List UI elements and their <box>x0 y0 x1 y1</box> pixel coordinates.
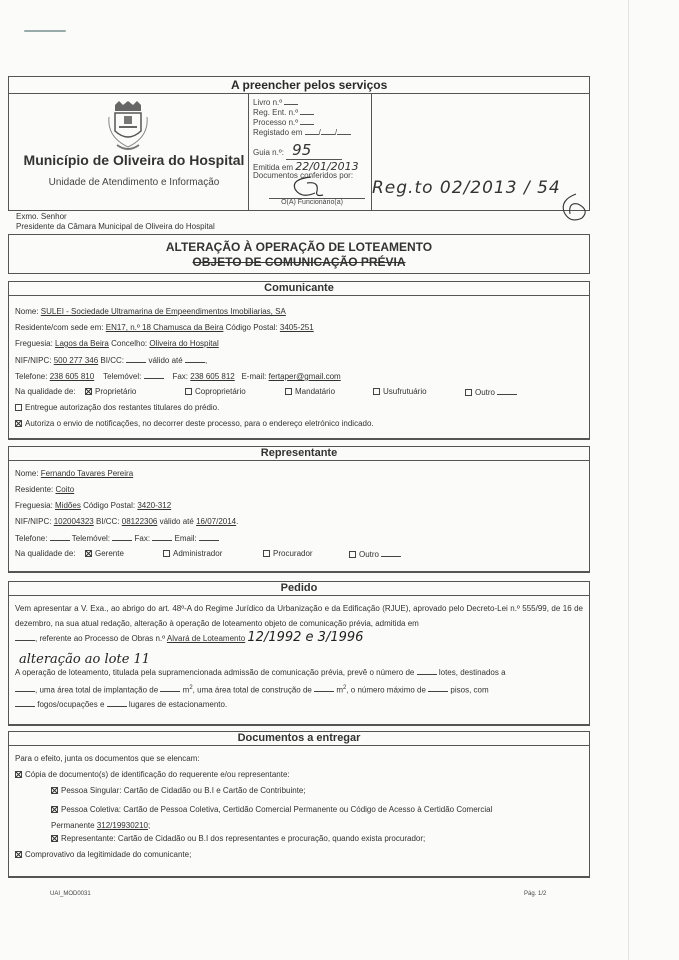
registry-fields: Livro n.º Reg. Ent. n.º Processo n.º Reg… <box>253 97 351 137</box>
registo-stamp: Reg.to 02/2013 / 54 <box>372 178 561 198</box>
checkbox-empty-icon <box>349 551 356 558</box>
checkbox-usufrutuario[interactable]: Usufrutuário <box>373 387 427 396</box>
comunicante-nome-row: Nome: SULEI - Sociedade Ultramarina de E… <box>15 307 286 316</box>
registado-field: Registado em // <box>253 127 351 137</box>
section-title: Documentos a entregar <box>9 732 589 746</box>
representante-freguesia-row: Freguesia: Midões Código Postal: 3420-31… <box>15 501 171 510</box>
checkbox-autoriza-notificacoes[interactable]: Autoriza o envio de notificações, no dec… <box>15 419 374 428</box>
scan-artifact <box>24 30 66 32</box>
checkbox-empty-icon <box>285 388 292 395</box>
page-number: Pág. 1/2 <box>524 891 546 897</box>
handwritten-note: alteração ao lote 11 <box>19 652 150 667</box>
representante-contact-row: Telefone: Telemóvel: Fax: Email: <box>15 533 219 543</box>
section-title: Pedido <box>9 582 589 596</box>
doc-item-representante[interactable]: Representante: Cartão de Cidadão ou B.I … <box>51 834 425 843</box>
pedido-paragraph-2: A operação de loteamento, titulada pela … <box>15 666 583 712</box>
checkbox-checked-icon <box>15 851 22 858</box>
checkbox-administrador[interactable]: Administrador <box>163 549 222 558</box>
services-title: A preencher pelos serviços <box>9 77 589 94</box>
pedido-section: Pedido Vem apresentar a V. Exa., ao abri… <box>8 581 590 726</box>
doc-item-comprovativo[interactable]: Comprovativo da legitimidade do comunica… <box>15 850 191 859</box>
representante-section: Representante Nome: Fernando Tavares Per… <box>8 446 590 573</box>
livro-field: Livro n.º <box>253 97 351 107</box>
checkbox-entregue-autorizacao[interactable]: Entregue autorização dos restantes titul… <box>15 403 219 412</box>
checkbox-empty-icon <box>373 388 380 395</box>
funcionario-label: O(A) Funcionário(a) <box>253 199 371 206</box>
documentos-intro: Para o efeito, junta os documentos que s… <box>15 754 200 763</box>
checkbox-empty-icon <box>15 404 22 411</box>
addressee: Exmo. Senhor Presidente da Câmara Munici… <box>16 212 215 232</box>
guia-field: Guia n.º: 95 <box>253 141 342 160</box>
document-title-box: ALTERAÇÃO À OPERAÇÃO DE LOTEAMENTO OBJET… <box>8 234 590 274</box>
representante-nif-row: NIF/NIPC: 102004323 BI/CC: 08122306 váli… <box>15 517 238 526</box>
doc-item-pessoa-coletiva[interactable]: Pessoa Coletiva: Cartão de Pessoa Coleti… <box>51 802 583 834</box>
checkbox-procurador[interactable]: Procurador <box>263 549 313 558</box>
checkbox-checked-icon <box>15 771 22 778</box>
pedido-paragraph-1: Vem apresentar a V. Exa., ao abrigo do a… <box>15 602 583 647</box>
signature-mark <box>281 173 341 201</box>
section-title: Representante <box>9 447 589 461</box>
document-subtitle: OBJETO DE COMUNICAÇÃO PRÉVIA <box>9 255 589 269</box>
comunicante-nome: SULEI - Sociedade Ultramarina de Empeend… <box>41 307 286 316</box>
checkbox-proprietario[interactable]: Proprietário <box>85 387 136 396</box>
scan-edge <box>628 0 629 960</box>
representante-nome-row: Nome: Fernando Tavares Pereira <box>15 469 133 478</box>
reg-ent-field: Reg. Ent. n.º <box>253 107 351 117</box>
comunicante-contact-row: Telefone: 238 605 810 Telemóvel: Fax: 23… <box>15 371 341 381</box>
checkbox-checked-icon <box>15 420 22 427</box>
checkbox-coproprietario[interactable]: Coproprietário <box>185 387 246 396</box>
documentos-section: Documentos a entregar Para o efeito, jun… <box>8 731 590 878</box>
comunicante-sede-row: Residente/com sede em: EN17, n.º 18 Cham… <box>15 323 314 332</box>
checkbox-checked-icon <box>51 835 58 842</box>
comunicante-nif-row: NIF/NIPC: 500 277 346 BI/CC: válido até … <box>15 355 207 365</box>
checkbox-mandatario[interactable]: Mandatário <box>285 387 335 396</box>
form-code: UAI_MOD0031 <box>50 891 91 897</box>
checkbox-empty-icon <box>185 388 192 395</box>
municipality-name: Município de Oliveira do Hospital <box>19 152 249 168</box>
unit-name: Unidade de Atendimento e Informação <box>19 177 249 188</box>
checkbox-empty-icon <box>163 550 170 557</box>
checkbox-outro[interactable]: Outro <box>349 549 401 559</box>
comunicante-freguesia-row: Freguesia: Lagos da Beira Concelho: Oliv… <box>15 339 219 348</box>
municipal-crest-icon <box>105 101 151 153</box>
comunicante-section: Comunicante Nome: SULEI - Sociedade Ultr… <box>8 281 590 440</box>
doc-item-pessoa-singular[interactable]: Pessoa Singular: Cartão de Cidadão ou B.… <box>51 786 306 795</box>
document-title: ALTERAÇÃO À OPERAÇÃO DE LOTEAMENTO <box>9 240 589 254</box>
checkbox-checked-icon <box>51 787 58 794</box>
guia-value: 95 <box>286 141 342 160</box>
checkbox-outro[interactable]: Outro <box>465 387 517 397</box>
checkbox-empty-icon <box>465 389 472 396</box>
representante-residente-row: Residente: Coito <box>15 485 74 494</box>
representante-qualidade-label: Na qualidade de: <box>15 549 76 558</box>
alvara-handwritten: 12/1992 e 3/1996 <box>247 630 363 645</box>
section-title: Comunicante <box>9 282 589 296</box>
processo-field: Processo n.º <box>253 117 351 127</box>
checkbox-checked-icon <box>85 388 92 395</box>
checkbox-empty-icon <box>263 550 270 557</box>
initials-mark <box>556 190 590 230</box>
comunicante-qualidade-label: Na qualidade de: <box>15 387 76 396</box>
doc-item-identificacao[interactable]: Cópia de documento(s) de identificação d… <box>15 770 290 779</box>
checkbox-checked-icon <box>51 806 58 813</box>
checkbox-gerente[interactable]: Gerente <box>85 549 124 558</box>
checkbox-checked-icon <box>85 550 92 557</box>
